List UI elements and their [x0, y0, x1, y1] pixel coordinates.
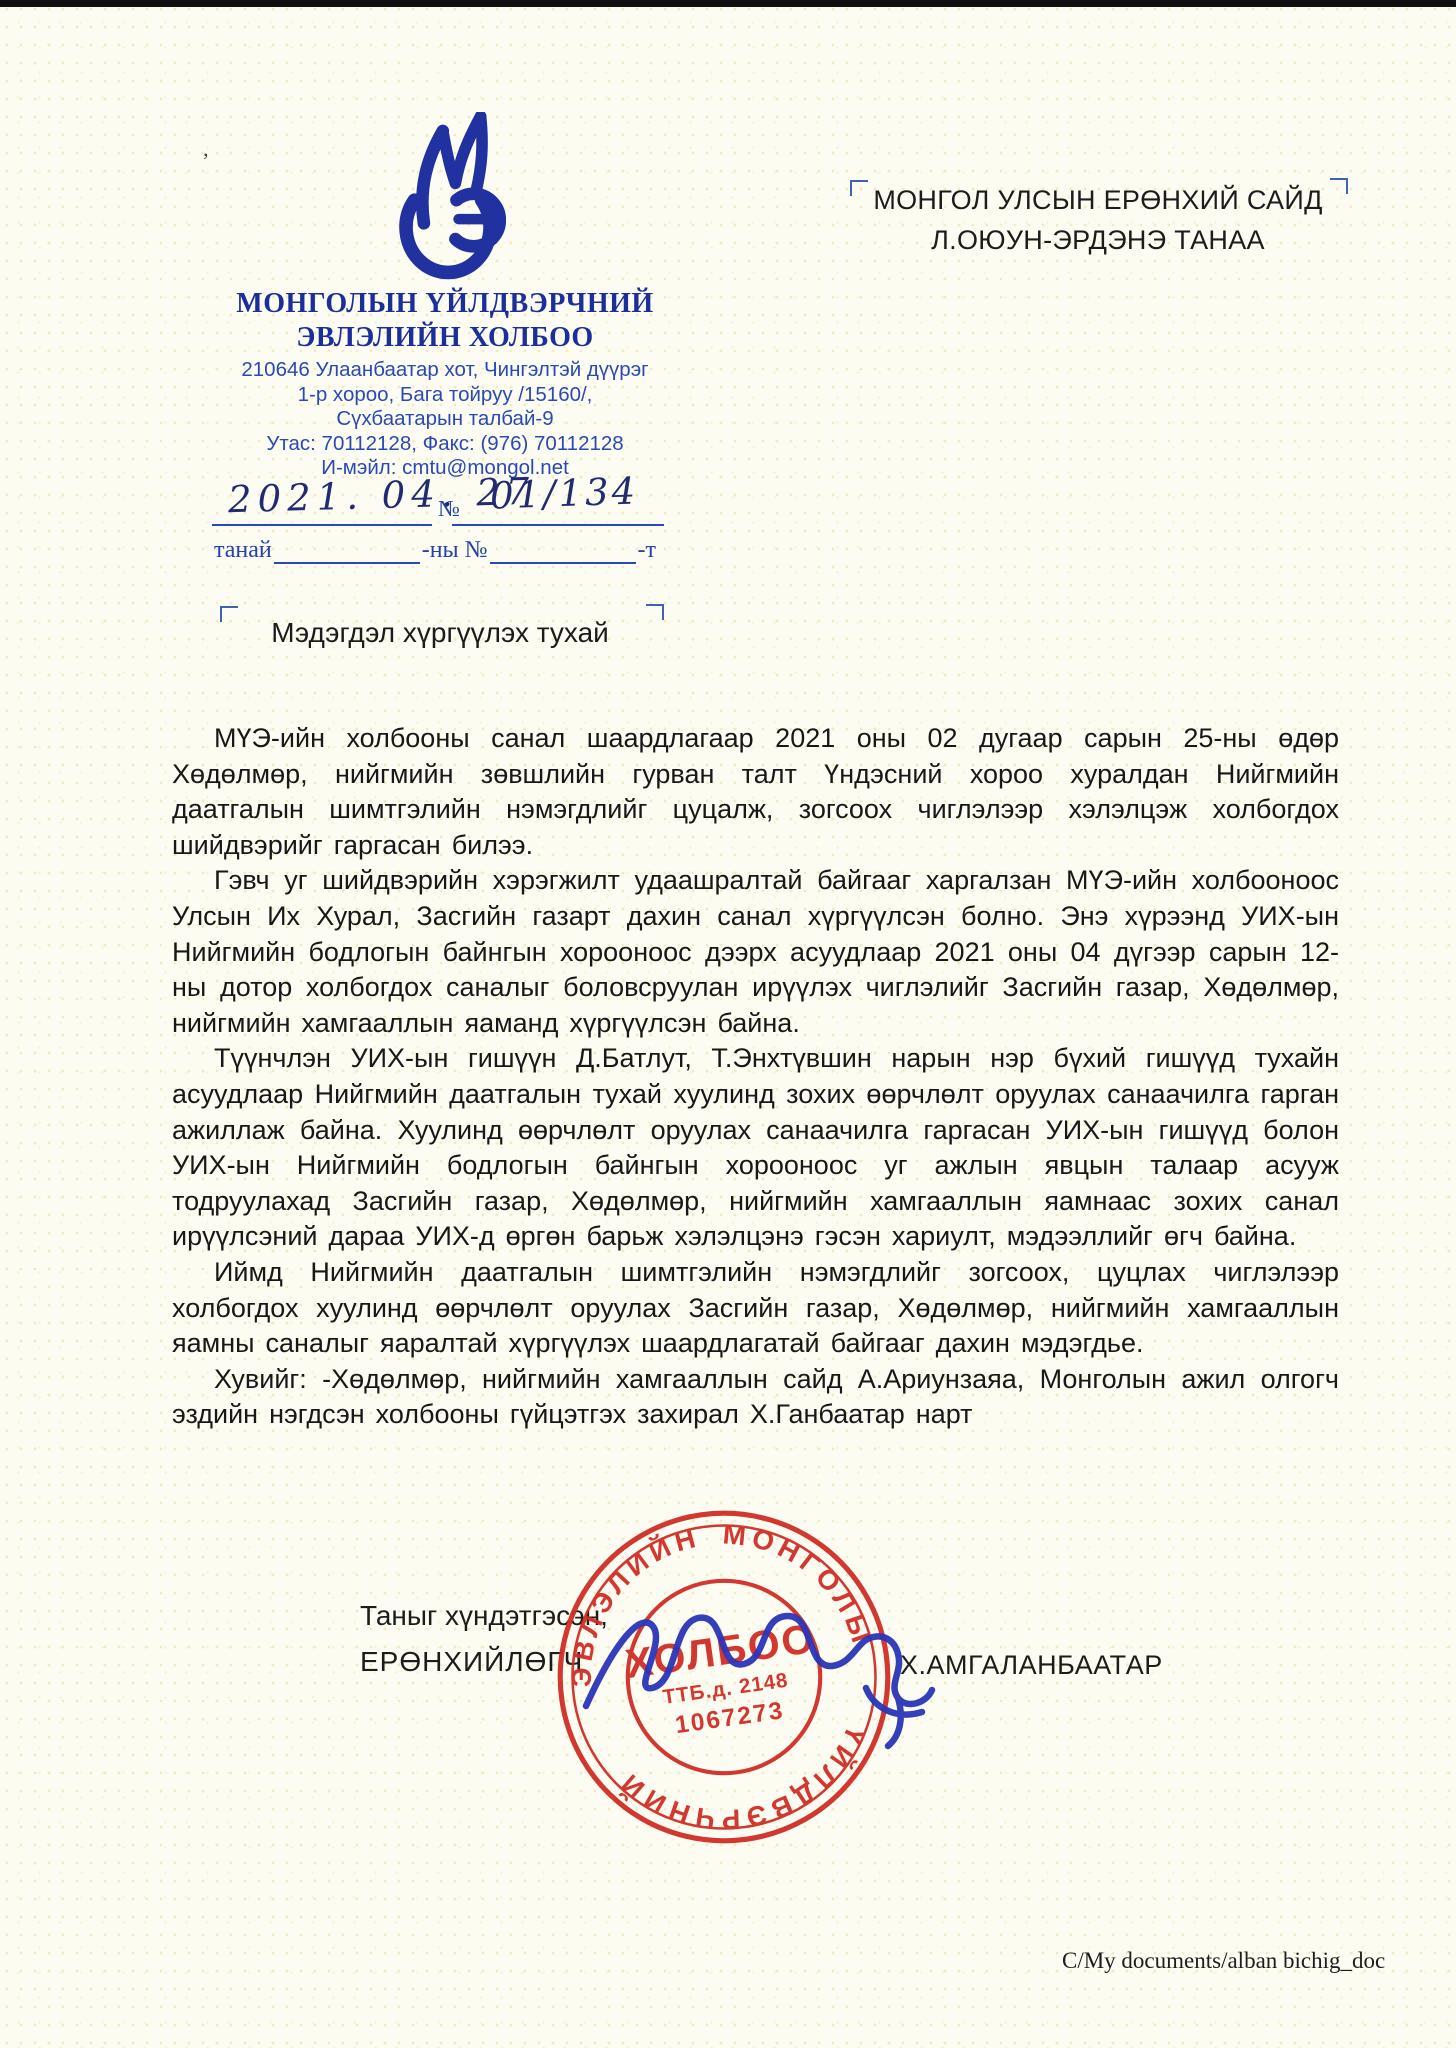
signature-scrawl-icon: [570, 1578, 970, 1768]
scan-edge-bar: [0, 0, 1456, 7]
corner-bracket-close-icon: [646, 604, 664, 620]
footer-file-path: C/My documents/alban bichig_doc: [1062, 1948, 1385, 1974]
recipient-line1: МОНГОЛ УЛСЫН ЕРӨНХИЙ САЙД: [872, 180, 1324, 220]
org-address: 210646 Улаанбаатар хот, Чингэлтэй дүүрэг…: [225, 358, 665, 481]
number-symbol: №: [438, 496, 460, 522]
body-paragraph: Гэвч уг шийдвэрийн хэрэгжилт удаашралтай…: [172, 863, 1339, 1041]
corner-bracket-close-icon: [1330, 178, 1348, 194]
your-ref-middle: -ны №: [420, 537, 490, 564]
org-name-line1: МОНГОЛЫН ҮЙЛДВЭРЧНИЙ: [225, 287, 665, 321]
handwritten-ref-number: 01/134: [489, 469, 639, 517]
your-ref-blank: [274, 536, 420, 564]
address-line: Сүхбаатарын талбай-9: [225, 407, 665, 432]
body-paragraph: Түүнчлэн УИХ-ын гишүүн Д.Батлут, Т.Энхтү…: [172, 1041, 1339, 1255]
corner-bracket-open-icon: [850, 180, 868, 196]
body-paragraph: Хувийг: -Хөдөлмөр, нийгмийн хамгааллын с…: [172, 1362, 1339, 1433]
address-line: 210646 Улаанбаатар хот, Чингэлтэй дүүрэг: [225, 358, 665, 383]
your-ref-prefix: танай: [212, 537, 274, 564]
address-line: 1-р хороо, Бага тойруу /15160/,: [225, 383, 665, 408]
subject-title: Мэдэгдэл хүргүүлэх тухай: [240, 617, 640, 649]
your-ref-blank: [490, 536, 636, 564]
flame-me-monogram-icon: [388, 112, 506, 280]
address-line: Утас: 70112128, Факс: (976) 70112128: [225, 432, 665, 457]
letter-body: МҮЭ-ийн холбооны санал шаардлагаар 2021 …: [172, 721, 1339, 1433]
org-name: МОНГОЛЫН ҮЙЛДВЭРЧНИЙ ЭВЛЭЛИЙН ХОЛБОО: [225, 287, 665, 355]
org-name-line2: ЭВЛЭЛИЙН ХОЛБОО: [225, 321, 665, 355]
body-paragraph: МҮЭ-ийн холбооны санал шаардлагаар 2021 …: [172, 721, 1339, 863]
scan-stray-mark: ’: [202, 148, 209, 174]
body-paragraph: Иймд Нийгмийн даатгалын шимтгэлийн нэмэг…: [172, 1255, 1339, 1362]
recipient-line2: Л.ОЮУН-ЭРДЭНЭ ТАНАА: [872, 220, 1324, 260]
your-ref-row: танай -ны № -т: [212, 536, 658, 564]
corner-bracket-open-icon: [220, 606, 238, 622]
date-underline: [212, 524, 432, 526]
scanned-letter-page: ’ МОНГОЛЫН ҮЙЛДВЭРЧНИЙ ЭВЛЭЛИЙН ХОЛБОО 2…: [0, 0, 1456, 2048]
number-underline: [452, 524, 664, 526]
your-ref-suffix: -т: [636, 537, 658, 564]
recipient-block: МОНГОЛ УЛСЫН ЕРӨНХИЙ САЙД Л.ОЮУН-ЭРДЭНЭ …: [872, 180, 1324, 260]
